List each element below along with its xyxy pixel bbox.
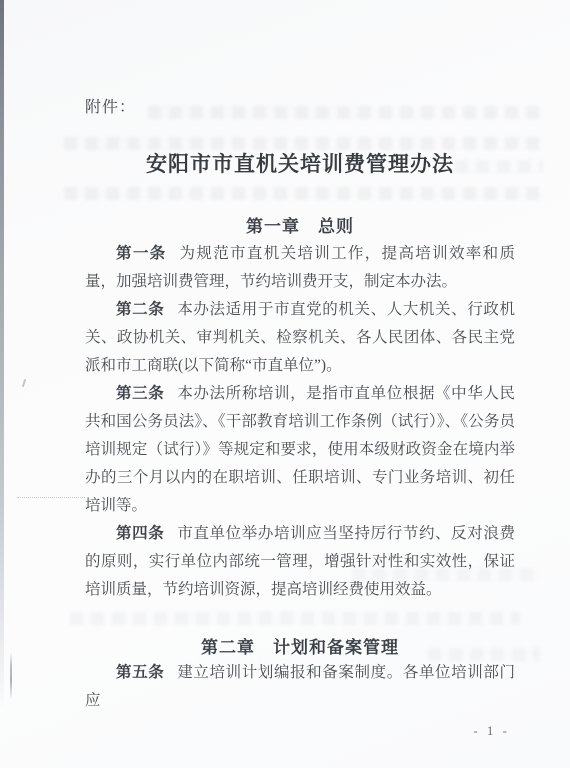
dotted-line-artifact [17, 497, 85, 498]
article-4-label: 第四条 [116, 525, 164, 542]
attachment-label: 附件： [85, 94, 136, 117]
article-2-label: 第二条 [116, 301, 164, 318]
article-1-label: 第一条 [116, 245, 167, 262]
article-3-text: 本办法所称培训，是指市直单位根据《中华人民共和国公务员法》、《干部教育培训工作条… [85, 385, 515, 514]
document-title: 安阳市市直机关培训费管理办法 [0, 148, 570, 178]
chapter-2-heading: 第二章 计划和备案管理 [0, 633, 570, 658]
article-2-paragraph: 第二条本办法适用于市直党的机关、人大机关、行政机关、政协机关、审判机关、检察机关… [85, 296, 515, 380]
article-5-label: 第五条 [116, 664, 164, 681]
bleedthrough-ghost-artifact [70, 612, 520, 625]
scan-edge-artifact [0, 0, 4, 740]
page-number: - 1 - [473, 723, 510, 739]
scanned-document-page: 附件： 安阳市市直机关培训费管理办法 第一章 总则 第一条为规范市直机关培训工作… [0, 0, 570, 768]
article-3-paragraph: 第三条本办法所称培训，是指市直单位根据《中华人民共和国公务员法》、《干部教育培训… [85, 380, 515, 520]
chapter-1-body: 第一条为规范市直机关培训工作，提高培训效率和质量，加强培训费管理，节约培训费开支… [85, 240, 515, 604]
article-1-paragraph: 第一条为规范市直机关培训工作，提高培训效率和质量，加强培训费管理，节约培训费开支… [85, 240, 515, 296]
article-3-label: 第三条 [116, 385, 164, 402]
bleedthrough-ghost-artifact [64, 187, 542, 200]
speck-artifact [22, 379, 26, 387]
bleedthrough-ghost-artifact [148, 106, 540, 119]
article-4-paragraph: 第四条市直单位举办培训应当坚持厉行节约、反对浪费的原则，实行单位内部统一管理，增… [85, 520, 515, 604]
scratch-artifact [10, 652, 12, 700]
article-5-paragraph: 第五条建立培训计划编报和备案制度。各单位培训部门应 [85, 659, 515, 715]
chapter-1-heading: 第一章 总则 [0, 212, 570, 237]
chapter-2-body: 第五条建立培训计划编报和备案制度。各单位培训部门应 [85, 659, 515, 715]
